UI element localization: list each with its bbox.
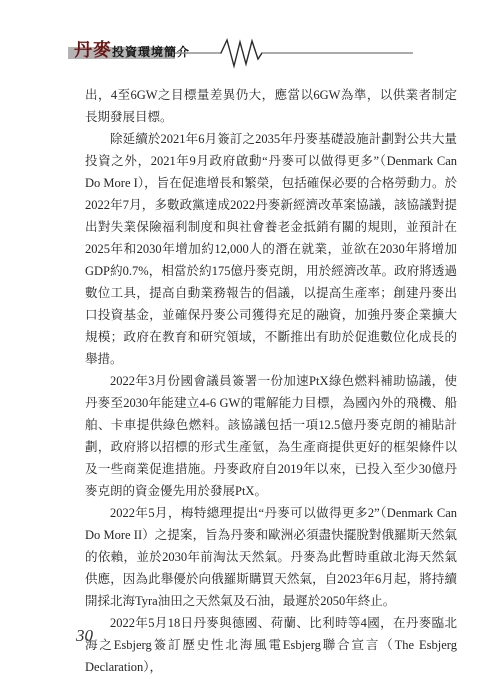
chapter-title: 丹麥投資環境簡介 <box>74 36 190 62</box>
paragraph: 2022年5月18日丹麥與德國、荷蘭、比利時等4國，在丹麥臨北海之Esbjerg… <box>85 612 457 678</box>
paragraph: 2022年3月份國會議員簽署一份加速PtX綠色燃料補助協議，使丹麥至2030年能… <box>85 370 457 502</box>
page-number: 30 <box>76 626 93 646</box>
chapter-title-main: 丹麥 <box>74 40 112 60</box>
body-text-block: 出，4至6GW之目標量差異仍大，應當以6GW為準，以供業者制定長期發展目標。 除… <box>85 84 457 678</box>
ecg-zigzag-icon <box>175 34 415 72</box>
paragraph: 2022年5月，梅特總理提出“丹麥可以做得更多2”（Denmark Can Do… <box>85 502 457 612</box>
document-page: 丹麥投資環境簡介 出，4至6GW之目標量差異仍大，應當以6GW為準，以供業者制定… <box>0 0 480 679</box>
paragraph: 除延續於2021年6月簽訂之2035年丹麥基礎設施計劃對公共大量投資之外，202… <box>85 128 457 370</box>
chapter-header: 丹麥投資環境簡介 <box>0 0 480 70</box>
paragraph: 出，4至6GW之目標量差異仍大，應當以6GW為準，以供業者制定長期發展目標。 <box>85 84 457 128</box>
